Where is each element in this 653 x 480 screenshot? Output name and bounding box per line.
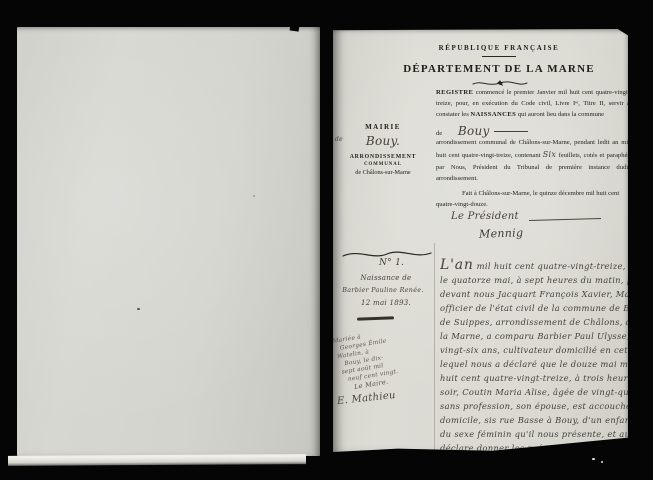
dust-speck (137, 308, 140, 310)
feuillets-handwritten: Six (543, 150, 556, 159)
acte-body-line: vingt-six ans, cultivateur domicilié en … (440, 343, 632, 357)
chalons-label: de Châlons-sur-Marne (333, 169, 433, 176)
pen-stroke (494, 131, 528, 132)
margin-dash (357, 316, 394, 320)
acte-body-line: huit cent quatre-vingt-treize, à trois h… (440, 371, 632, 385)
president-title: Le Président (451, 211, 519, 222)
page-stack-edge (8, 454, 306, 466)
fait-paragraph: Fait à Châlons-sur-Marne, le quinze déce… (436, 188, 630, 210)
paragraph-arrondissement: arrondissement communal de Châlons-sur-M… (436, 137, 630, 184)
acte-body-line: domicile, sis rue Basse à Bouy, d'un enf… (440, 413, 632, 427)
pen-stroke (529, 218, 601, 221)
acte-body: L'an mil huit cent quatre-vingt-treize, … (440, 258, 632, 455)
mairie-de: de (335, 136, 343, 143)
acte-body-line: déclare donner les prénoms de Pauline Re… (440, 441, 632, 455)
margin-rule (434, 243, 435, 451)
acte-body-line: sans profession, son épouse, est accouch… (440, 399, 632, 413)
mention-signature: E. Mathieu (337, 390, 397, 407)
commune-handwritten: Bouy (458, 124, 490, 138)
acte-body-line: L'an mil huit cent quatre-vingt-treize, (440, 258, 632, 273)
acte-number: N° 1. (379, 258, 404, 268)
arrondissement-label: ARRONDISSEMENT (333, 154, 433, 160)
dust-speck (253, 195, 255, 197)
acte-body-line: le quatorze mai, à sept heures du matin,… (440, 273, 632, 287)
acte-final-name: Pauline Renée. (583, 442, 632, 454)
acte-last-line-prefix: déclare donner les prénoms de (440, 443, 583, 453)
mairie-commune-row: de Bouy. (333, 132, 433, 147)
republique-title: RÉPUBLIQUE FRANÇAISE (393, 44, 605, 52)
acte-margin-date: 12 mai 1893. (343, 299, 429, 307)
registre-word: REGISTRE (436, 89, 473, 96)
departement-title: DÉPARTEMENT DE LA MARNE (388, 63, 610, 75)
acte-body-line: soir, Coutin Maria Alise, âgée de vingt-… (440, 385, 632, 399)
acte-body-line: officier de l'état civil de la commune d… (440, 301, 632, 315)
acte-body-line: de Suippes, arrondissement de Châlons, d… (440, 315, 632, 329)
acte-margin-name: Barbier Pauline Renée. (331, 286, 435, 294)
naissances-word: NAISSANCES (470, 111, 516, 118)
page-right-register: RÉPUBLIQUE FRANÇAISE DÉPARTEMENT DE LA M… (333, 29, 628, 452)
de-label: de (436, 130, 442, 137)
register-scan: RÉPUBLIQUE FRANÇAISE DÉPARTEMENT DE LA M… (0, 0, 653, 480)
acte-line1-rest: mil huit cent quatre-vingt-treize, (474, 261, 626, 271)
acte-body-line: lequel nous a déclaré que le douze mai m… (440, 357, 632, 371)
acte-body-line: devant nous Jacquart François Xavier, Ma… (440, 287, 632, 301)
acte-margin-title: Naissance de (339, 274, 433, 282)
page-tear-notch (290, 24, 300, 31)
page-left-blank (17, 27, 320, 456)
header-rule (482, 56, 516, 57)
acte-body-line: du sexe féminin qu'il nous présente, et … (440, 427, 632, 441)
commune-line: de Bouy (436, 124, 528, 138)
mairie-commune-handwritten: Bouy. (366, 134, 400, 148)
acte-opening-word: L'an (440, 258, 474, 273)
communal-label: COMMUNAL (333, 162, 433, 167)
acte-body-line: la Marne, a comparu Barbier Paul Ulysse,… (440, 329, 632, 343)
mairie-block: MAIRIE de Bouy. ARRONDISSEMENT COMMUNAL … (333, 123, 433, 194)
dust-speck (592, 458, 595, 460)
marginal-mention: Mariée à Georges Émile Watelin, à Bouy, … (332, 323, 436, 393)
dust-speck (601, 461, 603, 463)
president-signature: Mennig (479, 226, 524, 241)
mairie-title: MAIRIE (333, 123, 433, 131)
registre-text-2: qui auront lieu dans la commune (516, 111, 604, 118)
registre-paragraph: REGISTRE commencé le premier Janvier mil… (436, 87, 630, 121)
